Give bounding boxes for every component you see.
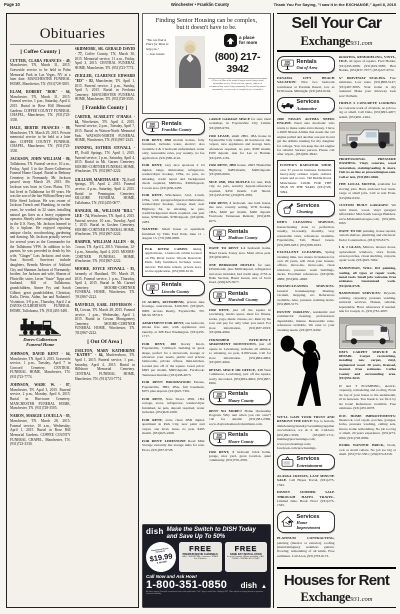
obituary-entry: HANGER, SR., WILLIAM "BILL" LEE - 74, Wi…	[75, 209, 136, 237]
obituaries-column-2: SKIDMORE, SR. GERALD DAVID - 77, Coffee …	[75, 47, 136, 599]
classified-ad: WANT TO DO painting, house repairs, cust…	[339, 229, 397, 242]
for-rent-sign-icon: FORRENT	[146, 121, 159, 132]
obituary-entry: NABON, MARGIE LOUELLA - 85, Manchester, …	[10, 414, 71, 446]
page-number: Page 10	[4, 2, 135, 7]
obituary-entry: USELTON, MARY KATHERINE "KATHY" - 64, Mu…	[75, 349, 136, 382]
for-rent-sign-icon: FORRENT	[281, 59, 294, 70]
category-capsule-header: ServicesHome Improvement	[277, 511, 335, 533]
svg-text:FOR: FOR	[217, 435, 222, 437]
exchange-logo-bottom: Exchange931.com	[277, 589, 396, 605]
obituary-entry: ELAM, ROBERT "BOB" - 66, Manchester, TN,…	[10, 90, 71, 122]
authorized-retailer-icon: ▲	[261, 584, 267, 590]
classified-ad: HOUSECLEANING SERVICES. General housekee…	[277, 284, 335, 306]
svg-text:RENT: RENT	[150, 126, 157, 128]
rentals-column-left: FORRENT RentalsFranklin County FOR RENT,…	[142, 117, 205, 521]
category-capsule-header: FORRENT RentalsMaury County	[209, 389, 272, 406]
category-capsule-header: ServicesAutomotive	[277, 97, 335, 114]
apfm-quote: "You can find A Place for Mom to help yo…	[146, 34, 172, 91]
exchange-tagline: Thank You For Saying, "I saw it in the E…	[265, 2, 396, 7]
dish-network-ad: dish Make the Switch to DISH Today and S…	[142, 524, 271, 608]
classified-ad: FOR RENT, State Street, 2BD, 1BA cottage…	[142, 397, 205, 415]
price-burst-badge: Promotional Prices Starting At $19.99 a …	[144, 540, 178, 574]
classified-ad: WANT TO RENT 1-2 bedroom home, Hazel Gre…	[209, 246, 272, 259]
hammer-house-icon	[281, 516, 294, 527]
for-rent-sign-icon: FORRENT	[213, 391, 226, 402]
classified-ad: FOR RENT, 2BD mobile homes, fully furnis…	[142, 138, 205, 160]
classified-ad: 2000 NISSAN ALTIMA NEEDS ENGINE. Need au…	[277, 117, 335, 157]
obituary-entry: FANNING, ESTHER STOVALL - 97, Estill Spr…	[75, 146, 136, 174]
van-photo	[339, 317, 397, 349]
classified-ad: APARTMENT FOR RENT, one bedroom, smoke f…	[142, 321, 205, 339]
classified-ad: HANDYMAN, WILL DO painting, roofing, all…	[339, 266, 397, 288]
classified-photo-ad	[277, 335, 335, 412]
classified-ad: LARGE GARAGE SPACE for rent, ideal works…	[209, 117, 272, 130]
classified-ad: ELK RIVER CABINS taking applications, 1-…	[142, 244, 205, 277]
classified-ad: FURNISHED EFFICIENCY APARTMENT DOWNTOWN,…	[209, 338, 272, 365]
dish-fine-print: All offers require 24-month commitment a…	[146, 592, 267, 596]
category-capsule-header: FORRENT RentalsFranklin County	[142, 118, 205, 135]
classified-ad: RENT NO MORE!! Home Ownership Program. W…	[209, 409, 272, 427]
classified-ad: FOR RENT: BROOKWOOD Estates, Fayettevill…	[142, 380, 205, 393]
services-column-right: ROOFING, REMODELING, VINYL, TILE, all ty…	[339, 55, 397, 564]
obituary-entry: ZEIGLER, CLARENCE EDWARD "ED" - 82, Manc…	[75, 74, 136, 102]
houses-for-rent-header: Houses for Rent Exchange931.com	[277, 567, 396, 608]
classified-ad: HANDYMAN SERVICES: Drywall, painting, ca…	[339, 291, 397, 313]
price-unit: a month	[157, 561, 167, 565]
edition-label: Winchester • Franklin County	[135, 2, 266, 7]
rentals-columns: FORRENT RentalsFranklin County FOR RENT,…	[142, 117, 271, 521]
funeral-home-logo: Daves-CulbertsonFuneral Home	[10, 317, 71, 348]
apfm-attribution: — Joan Lunden	[146, 53, 172, 57]
classified-ad: M and T PLUMBING, electric, carpentry, r…	[339, 384, 397, 411]
middle-classifieds-region: Finding Senior Housing can be complex, b…	[142, 13, 271, 608]
tow-truck-icon	[281, 100, 294, 111]
obituary-entry: JOHNSON, DAVID KENT - 64, Manchester, TN…	[10, 352, 71, 380]
svg-text:RENT: RENT	[216, 296, 223, 298]
classified-ad: W.W. HOME IMPROVEMENTS: Sheetrock, roof …	[339, 414, 397, 441]
svg-text:FOR: FOR	[217, 394, 222, 396]
cleaning-bucket-icon	[281, 203, 294, 214]
for-rent-sign-icon: FORRENT	[213, 291, 226, 302]
svg-text:FOR: FOR	[217, 232, 222, 234]
classified-ad: FOR RENT, just off the square in Lewisbu…	[209, 308, 272, 335]
classified-ad: THE LOCAL MOVER, available for moving jo…	[339, 182, 397, 200]
page-header: Page 10 Winchester • Franklin County Tha…	[4, 2, 396, 7]
right-classifieds-region: Sell Your Car Exchange931.com FORRENT Re…	[277, 13, 396, 608]
obituary-entry: CUTTER, CLARA FRANCES - 49, Manchester, …	[10, 59, 71, 87]
classified-ad: J & J GLASS, Mirrors, shower doors, repl…	[339, 245, 397, 263]
obituaries-title: Obituaries	[10, 26, 135, 45]
svg-text:RENT: RENT	[150, 288, 157, 290]
classified-ad: PANAMA CITY BEACH VACATION: Nice two bed…	[277, 76, 335, 94]
classified-ad: NICE 2BD, 1BA DUPLEX for rent, Park City…	[209, 180, 272, 198]
classified-ad: A+ DRIVEWAY SEALING. Free estimates. Low…	[339, 76, 397, 98]
free-movie-channels-badge: FREE PREMIUM MOVIE CHANNELS HBO • SHOWTI…	[179, 542, 222, 572]
truck-photo	[339, 122, 397, 156]
svg-text:FOR: FOR	[285, 62, 290, 64]
dish-logo: dish	[146, 527, 164, 536]
obituaries-column-1: [ Coffee County ]CUTTER, CLARA FRANCES -…	[10, 47, 71, 599]
sell-your-car-title: Sell Your Car	[277, 16, 396, 32]
tv-icon	[281, 456, 294, 467]
classified-ad: PLATINUM CONTRACTING, painting (interior…	[277, 536, 335, 558]
dish-headline: Make the Switch to DISH Today and Save U…	[167, 527, 267, 540]
free-installation-badge: FREE SAME DAY INSTALLATION In up to 6 ro…	[225, 542, 268, 572]
for-rent-sign-icon: FORRENT	[146, 283, 159, 294]
obituary-entry: HALE, BERTIE FRANCES - 88, Manchester, T…	[10, 126, 71, 154]
obituary-entry: HARPER, WILLIAM ALLEN - 66, Cowan, TN. A…	[75, 240, 136, 263]
obituary-entry: JACKSON, JOHN WILLIAM - 86, Tullahoma, T…	[10, 157, 71, 313]
column-divider-rule	[273, 13, 274, 608]
classified-ad: FOR RENT, extra clean 2BD duplex apartme…	[142, 418, 205, 436]
classified-ad: ONE BEDROOM DUPLEX for rent, $350/month,…	[209, 263, 272, 285]
obituary-entry: RAYFIELD, EARL JEFFERSON - 83, Cowan, TN…	[75, 303, 136, 335]
svg-text:FOR: FOR	[150, 124, 155, 126]
classified-ad: FOR LEASE, small 2BD, 1BA house in Fayet…	[209, 134, 272, 161]
sell-your-car-header: Sell Your Car Exchange931.com	[277, 13, 396, 52]
obituary-entry: GILLIAM, MARTHA SUE - 72, Estill Springs…	[75, 178, 136, 206]
category-capsule-header: FORRENT RentalsLincoln County	[142, 280, 205, 297]
classified-ad: EXCELLENT CLEANERS, Spring cleaning time…	[277, 250, 335, 281]
apfm-headline: Finding Senior Housing can be complex, b…	[146, 17, 267, 31]
train-engraving	[10, 317, 71, 337]
classified-ad: FOR RENT: LIMESTONE Road Mini Storage cu…	[142, 439, 205, 452]
category-capsule-header: FORRENT RentalsMoore County	[209, 430, 272, 447]
classified-ad: DEB'S CLEANING SERVICE, housecleaning do…	[277, 220, 335, 247]
apfm-disclaimer: A Place for Mom is the nation's largest …	[208, 78, 267, 91]
dish-logo-small: dish	[241, 581, 257, 590]
a-place-for-mom-logo-icon	[224, 34, 237, 47]
category-capsule-header: FORRENT RentalsMadison County	[209, 226, 272, 243]
newspaper-page: Page 10 Winchester • Franklin County Tha…	[0, 0, 400, 614]
category-capsule-header: ServicesEntertainment	[277, 454, 335, 471]
classified-ad: FOR RENT, 400 Rocky Knob, Fayetteville, …	[142, 342, 205, 378]
obituary-county-header: [ Out Of Area ]	[75, 339, 136, 345]
joan-lunden-photo	[175, 34, 205, 91]
houses-for-rent-title: Houses for Rent	[277, 573, 396, 588]
classified-ad: WANTED: Small house or apartment furnish…	[142, 227, 205, 240]
classified-ad: DISNEY SUMMER SALE THROUGH HAYES TRAVEL.…	[277, 490, 335, 508]
category-capsule-header: FORRENT RentalsOut of Area	[277, 56, 335, 73]
svg-text:RENT: RENT	[216, 438, 223, 440]
rentals-column-right: LARGE GARAGE SPACE for rent, ideal works…	[209, 117, 272, 521]
for-rent-sign-icon: FORRENT	[213, 432, 226, 443]
classified-ad: FOR RENT, 2BD house, 2663 Huntsville Hig…	[209, 163, 272, 176]
dish-phone-number: 1-800-351-0850	[146, 579, 227, 591]
classified-ad: 14 ACRES, RIVERBEND, private lake fronta…	[142, 300, 205, 318]
apfm-phone-number: (800) 217-3942	[208, 51, 267, 75]
classified-ad: FOR RENT, very nice spacious 2 bd duplex…	[142, 163, 205, 190]
classified-ad: TRIPLE S CONCRETE LOOKING for concrete w…	[339, 101, 397, 119]
duster-silhouette	[277, 335, 335, 412]
classified-ad: WE'LL GAIN YOUR TRUST AND REMOVE THE DUS…	[277, 415, 335, 451]
obituary-entry: JOHNSON, WADE W. - 87, Manchester, TN. A…	[10, 383, 71, 411]
svg-text:FOR: FOR	[217, 294, 222, 296]
classified-ad: FOR RENT, Winchester, 3-bd, 2-bath, CHA,…	[142, 193, 205, 224]
services-columns: FORRENT RentalsOut of Area PANAMA CITY B…	[277, 55, 396, 564]
classified-ad: ALASKA CRUISES, LAST MINUTE SALE. Call H…	[277, 474, 335, 487]
for-rent-sign-icon: FORRENT	[213, 229, 226, 240]
classified-ad: FOSTER'S RADIATOR SHOP, over 37 years in…	[277, 160, 335, 197]
classified-ad: WORK WANTED: BRICK, block, rock or storm…	[339, 443, 397, 456]
obituary-county-header: [ Coffee County ]	[10, 49, 71, 55]
obituaries-columns: [ Coffee County ]CUTTER, CLARA FRANCES -…	[10, 47, 135, 599]
obituary-entry: CARTER, SCARLETT O'HARA - 64, Winchester…	[75, 115, 136, 143]
obituary-county-header: [ Franklin County ]	[75, 105, 136, 111]
a-place-for-mom-ad: Finding Senior Housing can be complex, b…	[142, 13, 271, 114]
apfm-logo-text: a place for mom	[239, 36, 261, 45]
classified-ad: ROOFING, REMODELING, VINYL, TILE, all ty…	[339, 55, 397, 73]
svg-text:RENT: RENT	[216, 234, 223, 236]
classified-photo-ad: PROFESSIONAL PRESSURE WASHING. Vinyl, co…	[339, 122, 397, 179]
services-column-left: FORRENT RentalsOut of Area PANAMA CITY B…	[277, 55, 335, 564]
obituary-entry: MOORE, JOYCE STOVALL - 85, formerly of H…	[75, 267, 136, 299]
classified-ad: FOR RENT, 3 bedroom brick home, garage, …	[209, 450, 272, 463]
svg-text:RENT: RENT	[285, 64, 292, 66]
classified-ad: CUSTOM BUILT GARAGES! We build metal, wo…	[339, 203, 397, 225]
category-capsule-header: ServicesCleaning	[277, 200, 335, 217]
classified-photo-ad: JIM'S CARPET SERVICE & REPAIR. Carpet re…	[339, 317, 397, 381]
category-capsule-header: FORRENT RentalsMarshall County	[209, 288, 272, 305]
classified-ad: FOR RENT, 2 bedroom, one bath house, lik…	[209, 201, 272, 223]
classified-ad: RETAIL SPACE OR OFFICE, 219 West Commerc…	[209, 368, 272, 386]
exchange-logo: Exchange931.com	[277, 33, 396, 49]
classified-ad: DUSTIN' DARLINS', residential and commer…	[277, 310, 335, 332]
obituary-entry: SKIDMORE, SR. GERALD DAVID - 77, Coffee …	[75, 47, 136, 70]
svg-text:RENT: RENT	[216, 397, 223, 399]
svg-text:FOR: FOR	[150, 285, 155, 287]
obituaries-box: Obituaries [ Coffee County ]CUTTER, CLAR…	[6, 13, 139, 608]
